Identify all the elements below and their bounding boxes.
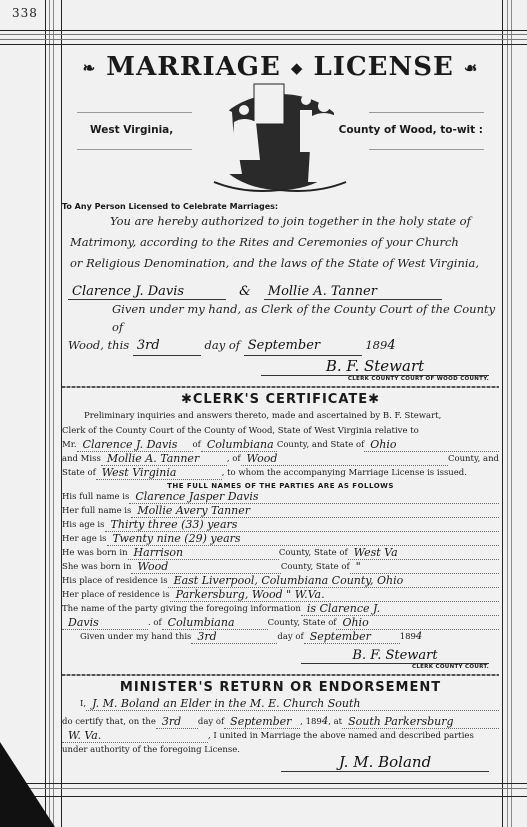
field-label: His full name is	[62, 490, 129, 504]
scan-corner-shadow	[0, 742, 55, 827]
frame-line	[0, 796, 527, 797]
intro-line-1: Preliminary inquiries and answers theret…	[62, 409, 499, 424]
informant-row: The name of the party giving the foregoi…	[62, 602, 499, 616]
informant-label: The name of the party giving the foregoi…	[62, 602, 301, 616]
day-of-label: day of	[277, 630, 303, 644]
ceremony-day: 3rd	[156, 715, 198, 729]
fleuron-icon: ❧	[83, 59, 97, 77]
field-value: Mollie Avery Tanner	[131, 504, 499, 518]
she-born-state: "	[350, 560, 499, 574]
certify-row: do certify that, on the 3rd day of Septe…	[62, 715, 499, 729]
miss-county: Wood	[241, 452, 448, 466]
license-title: ❧ MARRIAGE ◆ LICENSE ☙	[62, 52, 499, 82]
year-prefix: 189	[365, 338, 387, 352]
ampersand: &	[239, 284, 251, 299]
license-day: 3rd	[133, 337, 201, 356]
frame-line	[507, 0, 508, 827]
given-month: September	[304, 630, 400, 644]
day-of-label: day of	[198, 715, 224, 729]
date-row: Wood, this 3rd day of September 1894	[62, 336, 499, 356]
united-row: W. Va. , I united in Marriage the above …	[62, 729, 499, 743]
fleuron-icon: ☙	[464, 59, 478, 77]
miss-row: and Miss Mollie A. Tanner , of Wood Coun…	[62, 452, 499, 466]
county-state-label: County, State of	[281, 560, 350, 574]
his-residence-label: His place of residence is	[62, 574, 168, 588]
frame-line	[0, 44, 527, 45]
parties-header: THE FULL NAMES OF THE PARTIES ARE AS FOL…	[62, 482, 499, 490]
day-of-label: day of	[204, 338, 240, 352]
body-line: Matrimony, according to the Rites and Ce…	[70, 232, 499, 253]
state-of-label: State of	[62, 466, 96, 480]
license-document: ❧ MARRIAGE ◆ LICENSE ☙ West Virginia, Co…	[62, 48, 499, 772]
frame-line	[53, 0, 54, 827]
address-line: To Any Person Licensed to Celebrate Marr…	[62, 202, 499, 211]
clerk-signature-block-2: B. F. Stewart CLERK COUNTY COURT.	[62, 644, 499, 670]
county-state-label: County, State of	[279, 546, 348, 560]
field-value: Twenty nine (29) years	[107, 532, 499, 546]
of-label: of	[193, 438, 201, 452]
party-fields: His full name isClarence Jasper DavisHer…	[62, 490, 499, 546]
clerk-title: CLERK COUNTY COURT.	[62, 664, 489, 670]
dash-line	[369, 149, 484, 150]
mr-state: Ohio	[364, 438, 499, 452]
mr-row: Mr. Clarence J. Davis of Columbiana Coun…	[62, 438, 499, 452]
clerk-signature: B. F. Stewart	[301, 648, 489, 664]
intro-line-2: Clerk of the County Court of the County …	[62, 424, 499, 439]
given-text: Given under my hand, as Clerk of the Cou…	[62, 300, 499, 336]
divider	[62, 386, 499, 388]
issued-text: , to whom the accompanying Marriage Lice…	[222, 466, 467, 480]
ministers-return-title: MINISTER'S RETURN OR ENDORSEMENT	[62, 680, 499, 695]
ceremony-place: South Parkersburg	[342, 715, 499, 729]
diamond-icon: ◆	[291, 59, 304, 77]
at-label: , at	[328, 715, 342, 729]
frame-line	[0, 788, 527, 789]
field-label: Her age is	[62, 532, 107, 546]
his-residence: East Liverpool, Columbiana County, Ohio	[168, 574, 499, 588]
wood-this-label: Wood, this	[68, 338, 129, 352]
he-born-row: He was born in Harrison County, State of…	[62, 546, 499, 560]
united-text: , I united in Marriage the above named a…	[208, 729, 474, 743]
dash-line	[77, 149, 192, 150]
she-born-county: Wood	[131, 560, 280, 574]
field-label: Her full name is	[62, 504, 131, 518]
mr-county: Columbiana	[201, 438, 277, 452]
he-born-label: He was born in	[62, 546, 128, 560]
her-residence-row: Her place of residence is Parkersburg, W…	[62, 588, 499, 602]
bride-name: Mollie A. Tanner	[264, 284, 442, 300]
section-title-text: CLERK'S CERTIFICATE	[193, 392, 368, 407]
of-label: . of	[148, 616, 162, 630]
party-field-row: His age isThirty three (33) years	[62, 518, 499, 532]
frame-line	[45, 0, 46, 827]
dash-line	[77, 112, 192, 113]
field-value: Clarence Jasper Davis	[129, 490, 499, 504]
wedding-ceremony-engraving-icon	[204, 82, 356, 194]
miss-label: and Miss	[62, 452, 101, 466]
field-value: Thirty three (33) years	[105, 518, 499, 532]
her-residence-label: Her place of residence is	[62, 588, 170, 602]
party-field-row: Her full name isMollie Avery Tanner	[62, 504, 499, 518]
frame-line	[0, 39, 527, 40]
county-state-label: County, State of	[268, 616, 337, 630]
party-field-row: His full name isClarence Jasper Davis	[62, 490, 499, 504]
given-row: Given under my hand this 3rd day of Sept…	[62, 630, 499, 644]
title-right: LICENSE	[314, 52, 454, 82]
miss-state-row: State of West Virginia , to whom the acc…	[62, 466, 499, 480]
license-month: September	[244, 337, 362, 356]
frame-line	[0, 783, 527, 784]
of-label: , of	[227, 452, 241, 466]
ceremony-state: W. Va.	[62, 729, 208, 743]
year-prefix: , 189	[300, 715, 322, 729]
county-state-label: County, and State of	[277, 438, 364, 452]
minister-signature: J. M. Boland	[281, 753, 489, 772]
clerk-signature: B. F. Stewart	[261, 357, 489, 376]
year-suffix: 4	[416, 630, 422, 644]
certify-label: do certify that, on the	[62, 715, 156, 729]
body-line: You are hereby authorized to join togeth…	[70, 211, 499, 232]
county-and-label: County, and	[448, 452, 499, 466]
divider	[62, 674, 499, 676]
state-label: West Virginia,	[90, 124, 173, 136]
frame-line	[0, 34, 527, 35]
mr-label: Mr.	[62, 438, 77, 452]
frame-line	[0, 30, 527, 31]
frame-line	[502, 0, 503, 827]
informant-surname: Davis	[62, 616, 148, 630]
given-day: 3rd	[191, 630, 277, 644]
he-born-state: West Va	[348, 546, 499, 560]
she-born-row: She was born in Wood County, State of "	[62, 560, 499, 574]
her-residence: Parkersburg, Wood " W.Va.	[170, 588, 499, 602]
mr-name: Clarence J. Davis	[77, 438, 193, 452]
minister-description: J. M. Boland an Elder in the M. E. Churc…	[86, 697, 499, 711]
field-label: His age is	[62, 518, 105, 532]
informant-county: Columbiana	[162, 616, 268, 630]
informant-state: Ohio	[336, 616, 499, 630]
miss-state: West Virginia	[96, 466, 222, 480]
frame-line	[511, 0, 512, 827]
she-born-label: She was born in	[62, 560, 131, 574]
party-field-row: Her age isTwenty nine (29) years	[62, 532, 499, 546]
informant-name: is Clarence J.	[301, 602, 499, 616]
clerk-title: CLERK COUNTY COURT OF WOOD COUNTY.	[62, 376, 489, 382]
page-number: 338	[12, 6, 38, 20]
year-prefix: 189	[400, 630, 416, 644]
groom-name: Clarence J. Davis	[68, 284, 226, 300]
his-residence-row: His place of residence is East Liverpool…	[62, 574, 499, 588]
he-born-county: Harrison	[128, 546, 279, 560]
minister-row: I, J. M. Boland an Elder in the M. E. Ch…	[62, 697, 499, 711]
header-row: West Virginia, County of Wood, to-wit :	[62, 82, 499, 192]
informant-row-2: Davis . of Columbiana County, State of O…	[62, 616, 499, 630]
given-label: Given under my hand this	[80, 630, 191, 644]
couple-names-row: Clarence J. Davis & Mollie A. Tanner	[62, 280, 499, 300]
license-body: You are hereby authorized to join togeth…	[62, 211, 499, 274]
dash-line	[369, 112, 484, 113]
clerks-certificate-title: ✱CLERK'S CERTIFICATE✱	[62, 392, 499, 407]
title-left: MARRIAGE	[106, 52, 281, 82]
year-suffix: 4	[387, 338, 395, 353]
body-line: or Religious Denomination, and the laws …	[70, 253, 499, 274]
miss-name: Mollie A. Tanner	[101, 452, 227, 466]
county-label: County of Wood, to-wit :	[339, 124, 483, 136]
ceremony-month: September	[224, 715, 300, 729]
clerk-signature-block: B. F. Stewart CLERK COUNTY COURT OF WOOD…	[62, 356, 499, 382]
frame-line	[49, 0, 50, 827]
